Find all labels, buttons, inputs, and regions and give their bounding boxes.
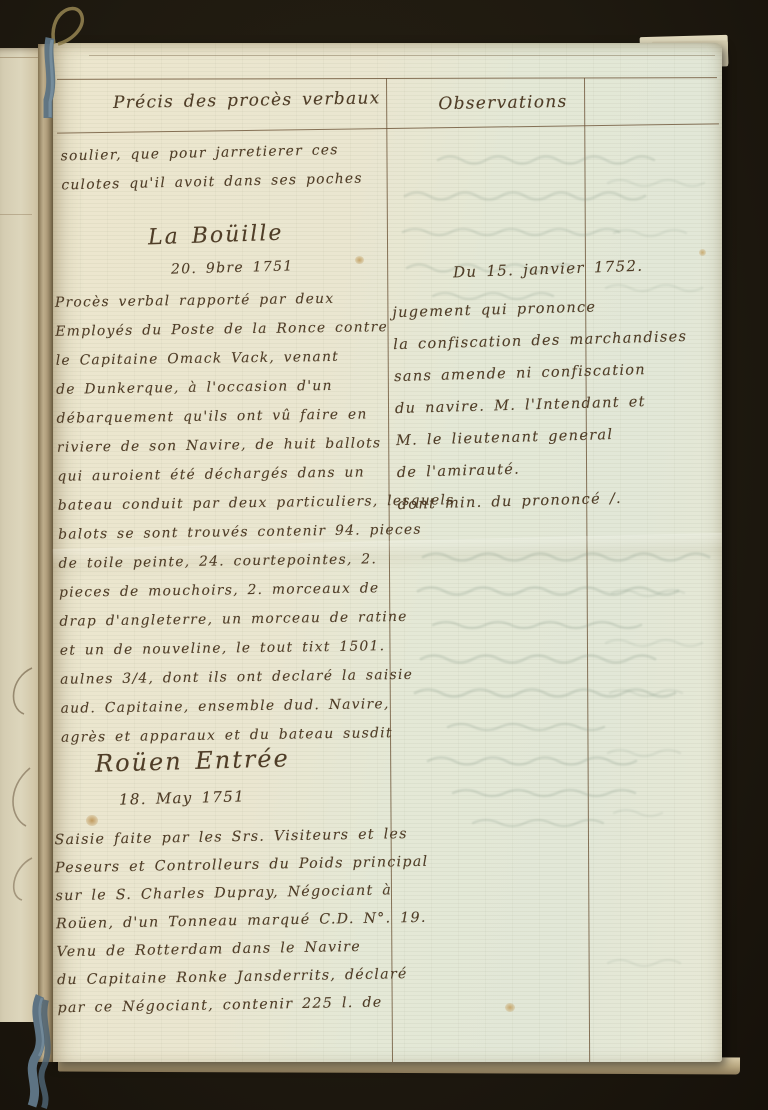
column-header-observations: Observations	[423, 92, 583, 115]
margin-divider	[584, 78, 590, 1062]
paper-stain	[86, 815, 98, 826]
binding-crease	[38, 44, 53, 1062]
manuscript-line: aulnes 3/4, dont ils ont declaré la sais…	[60, 660, 457, 695]
manuscript-line: balots se sont trouvés contenir 94. piec…	[58, 515, 455, 550]
entry1-date: 20. 9bre 1751	[171, 258, 294, 277]
ruled-line	[89, 55, 715, 56]
ruled-line	[0, 214, 32, 215]
entry2-date: 18. May 1751	[119, 787, 245, 808]
header-bottom-rule	[57, 123, 719, 133]
paper-stain	[699, 249, 706, 256]
entry2-place-heading: Roüen Entrée	[95, 744, 290, 777]
intro-paragraph: soulier, que pour jarretierer ces culote…	[60, 136, 363, 201]
manuscript-line: culotes qu'il avoit dans ses poches	[61, 165, 363, 201]
column-header-precis: Précis des procès verbaux	[113, 89, 345, 113]
manuscript-line: drap d'angleterre, un morceau de ratine	[59, 602, 456, 637]
entry1-place-heading: La Boüille	[148, 221, 284, 251]
ink-flourishes	[0, 648, 38, 908]
ruled-line	[0, 57, 38, 58]
manuscript-page: Précis des procès verbaux Observations s…	[53, 43, 722, 1062]
manuscript-photo: Précis des procès verbaux Observations s…	[0, 0, 768, 1110]
manuscript-line: par ce Négociant, contenir 225 l. de	[57, 988, 431, 1023]
observation-body: jugement qui prononce la confiscation de…	[392, 289, 692, 521]
entry2-body: Saisie faite par les Srs. Visiteurs et l…	[54, 820, 431, 1022]
manuscript-line: dont min. du prononcé /.	[397, 481, 692, 521]
observation-date: Du 15. janvier 1752.	[452, 250, 643, 289]
previous-page-sliver	[0, 48, 38, 1022]
paper-stain	[355, 256, 364, 264]
paper-stain	[505, 1003, 515, 1012]
